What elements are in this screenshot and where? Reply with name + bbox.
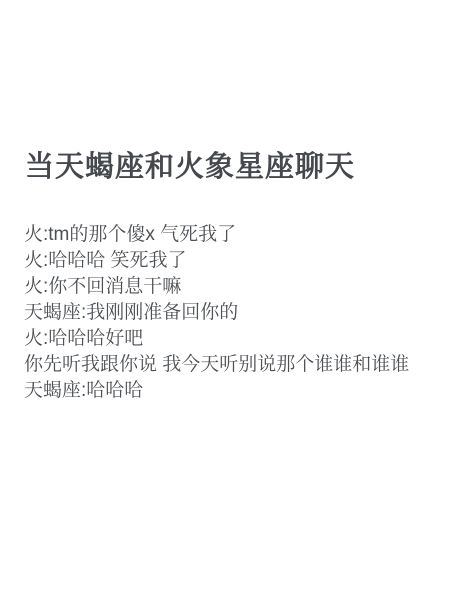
chat-line: 天蝎座:哈哈哈: [24, 378, 439, 404]
chat-line: 火:tm的那个傻x 气死我了: [24, 222, 439, 248]
chat-line: 火:哈哈哈好吧: [24, 326, 439, 352]
chat-line: 你先听我跟你说 我今天听别说那个谁谁和谁谁: [24, 352, 439, 378]
chat-line: 火:你不回消息干嘛: [24, 274, 439, 300]
chat-line: 火:哈哈哈 笑死我了: [24, 248, 439, 274]
meme-card: 当天蝎座和火象星座聊天 火:tm的那个傻x 气死我了 火:哈哈哈 笑死我了 火:…: [0, 0, 449, 600]
chat-line: 天蝎座:我刚刚准备回你的: [24, 300, 439, 326]
chat-transcript: 火:tm的那个傻x 气死我了 火:哈哈哈 笑死我了 火:你不回消息干嘛 天蝎座:…: [24, 222, 439, 404]
page-title: 当天蝎座和火象星座聊天: [25, 149, 355, 185]
